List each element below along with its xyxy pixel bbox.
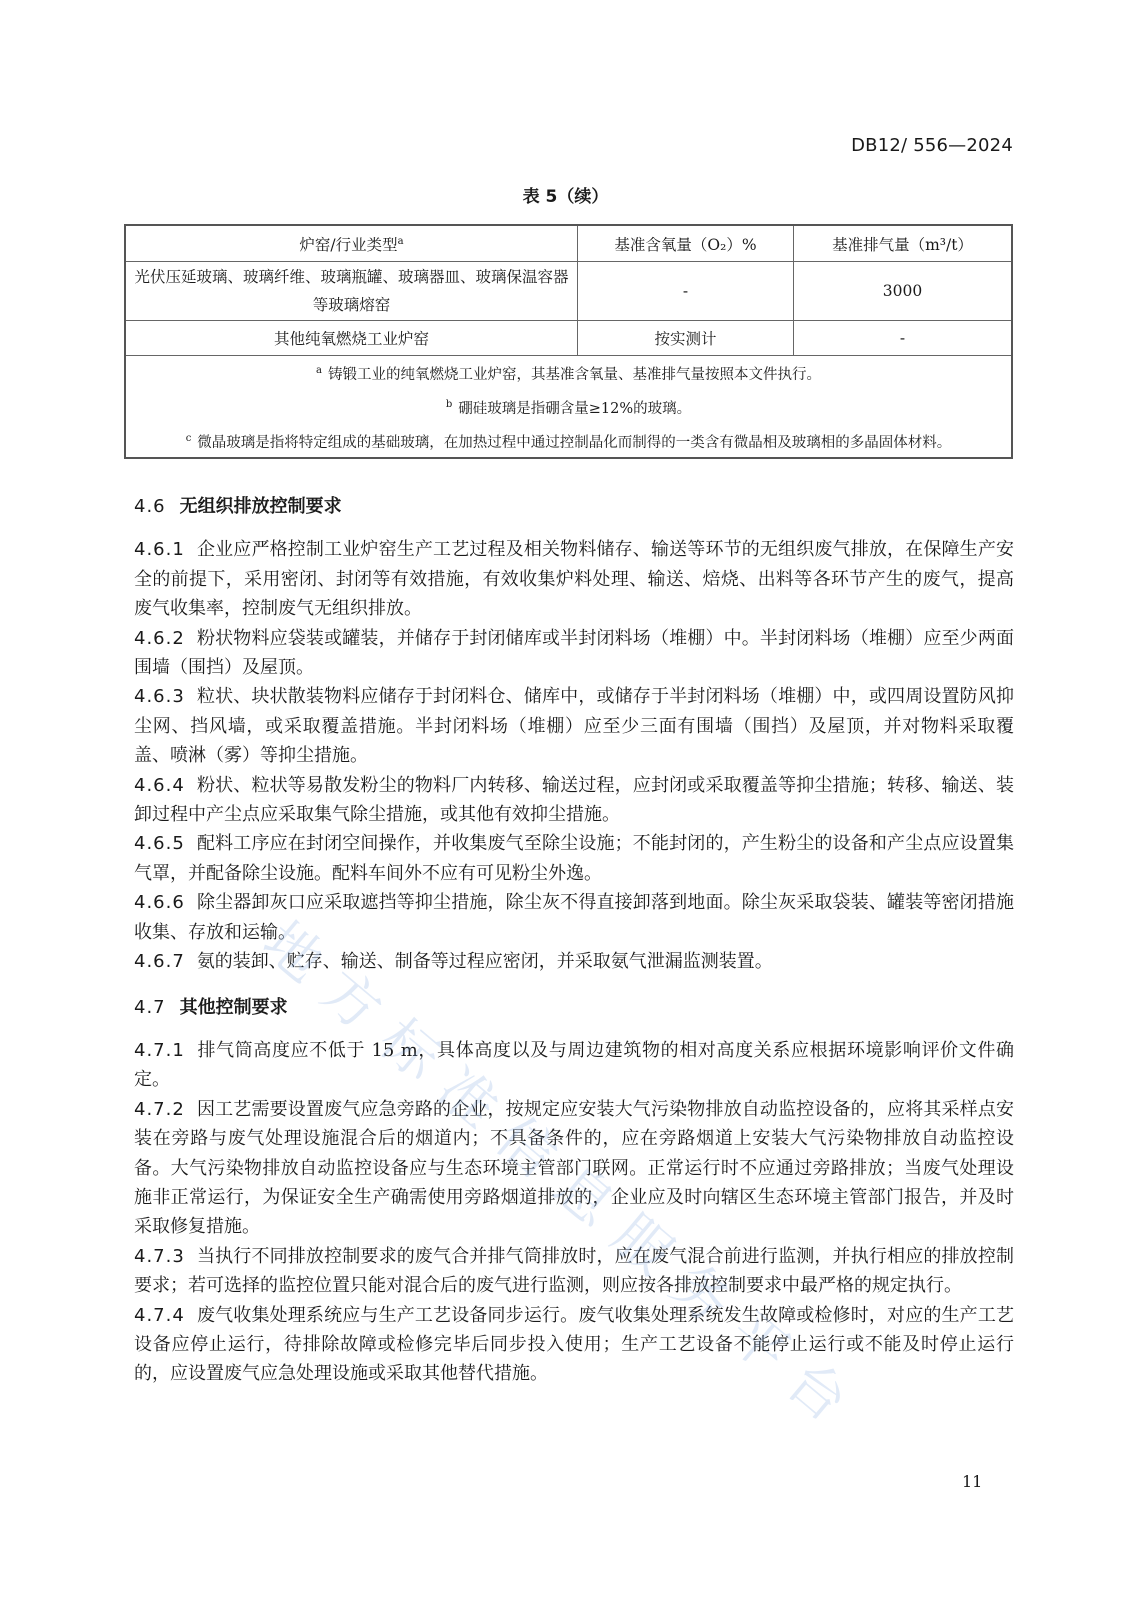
clause-4-7-1: 4.7.1排气筒高度应不低于 15 m，具体高度以及与周边建筑物的相对高度关系应… — [134, 1036, 1014, 1095]
table-header-row: 炉窑/行业类型a 基准含氧量（O₂）% 基准排气量（m³/t） — [125, 225, 1012, 262]
table-notes: a铸锻工业的纯氧燃烧工业炉窑，其基准含氧量、基准排气量按照本文件执行。 b硼硅玻… — [125, 356, 1012, 459]
page-number: 11 — [962, 1472, 982, 1491]
column-header-type: 炉窑/行业类型a — [125, 225, 578, 262]
column-header-oxygen: 基准含氧量（O₂）% — [578, 225, 794, 262]
clause-4-6-1: 4.6.1企业应严格控制工业炉窑生产工艺过程及相关物料储存、输送等环节的无组织废… — [134, 535, 1014, 623]
table-row: 光伏压延玻璃、玻璃纤维、玻璃瓶罐、玻璃器皿、玻璃保温容器等玻璃熔窑 - 3000 — [125, 262, 1012, 321]
clause-4-6-4: 4.6.4粉状、粒状等易散发粉尘的物料厂内转移、输送过程，应封闭或采取覆盖等抑尘… — [134, 771, 1014, 830]
footnote-c: c微晶玻璃是指将特定组成的基础玻璃，在加热过程中通过控制晶化而制得的一类含有微晶… — [132, 424, 1005, 458]
clause-4-6-6: 4.6.6除尘器卸灰口应采取遮挡等抑尘措施，除尘灰不得直接卸落到地面。除尘灰采取… — [134, 888, 1014, 947]
cell-oxygen: 按实测计 — [578, 321, 794, 356]
table-title: 表 5（续） — [0, 182, 1131, 207]
cell-type: 其他纯氧燃烧工业炉窑 — [125, 321, 578, 356]
section-heading-4-7: 4.7其他控制要求 — [134, 993, 1014, 1022]
cell-oxygen: - — [578, 262, 794, 321]
column-header-exhaust: 基准排气量（m³/t） — [794, 225, 1013, 262]
table-row: 其他纯氧燃烧工业炉窑 按实测计 - — [125, 321, 1012, 356]
footnote-a: a铸锻工业的纯氧燃烧工业炉窑，其基准含氧量、基准排气量按照本文件执行。 — [132, 356, 1005, 390]
cell-exhaust: - — [794, 321, 1013, 356]
cell-type: 光伏压延玻璃、玻璃纤维、玻璃瓶罐、玻璃器皿、玻璃保温容器等玻璃熔窑 — [125, 262, 578, 321]
footnote-b: b硼硅玻璃是指硼含量≥12%的玻璃。 — [132, 390, 1005, 424]
clause-4-7-3: 4.7.3当执行不同排放控制要求的废气合并排气筒排放时，应在废气混合前进行监测，… — [134, 1242, 1014, 1301]
clause-4-6-5: 4.6.5配料工序应在封闭空间操作，并收集废气至除尘设施；不能封闭的，产生粉尘的… — [134, 829, 1014, 888]
cell-exhaust: 3000 — [794, 262, 1013, 321]
clause-4-6-3: 4.6.3粒状、块状散装物料应储存于封闭料仓、储库中，或储存于半封闭料场（堆棚）… — [134, 682, 1014, 770]
clause-4-7-4: 4.7.4废气收集处理系统应与生产工艺设备同步运行。废气收集处理系统发生故障或检… — [134, 1301, 1014, 1389]
clause-4-6-7: 4.6.7氨的装卸、贮存、输送、制备等过程应密闭，并采取氨气泄漏监测装置。 — [134, 947, 1014, 976]
clause-4-6-2: 4.6.2粉状物料应袋装或罐装，并储存于封闭储库或半封闭料场（堆棚）中。半封闭料… — [134, 624, 1014, 683]
document-body: 4.6无组织排放控制要求 4.6.1企业应严格控制工业炉窑生产工艺过程及相关物料… — [134, 490, 1014, 1389]
clause-4-7-2: 4.7.2因工艺需要设置废气应急旁路的企业，按规定应安装大气污染物排放自动监控设… — [134, 1095, 1014, 1242]
section-heading-4-6: 4.6无组织排放控制要求 — [134, 492, 1014, 521]
standard-code: DB12/ 556—2024 — [851, 135, 1013, 156]
baseline-table: 炉窑/行业类型a 基准含氧量（O₂）% 基准排气量（m³/t） 光伏压延玻璃、玻… — [124, 224, 1013, 459]
table-notes-row: a铸锻工业的纯氧燃烧工业炉窑，其基准含氧量、基准排气量按照本文件执行。 b硼硅玻… — [125, 356, 1012, 459]
